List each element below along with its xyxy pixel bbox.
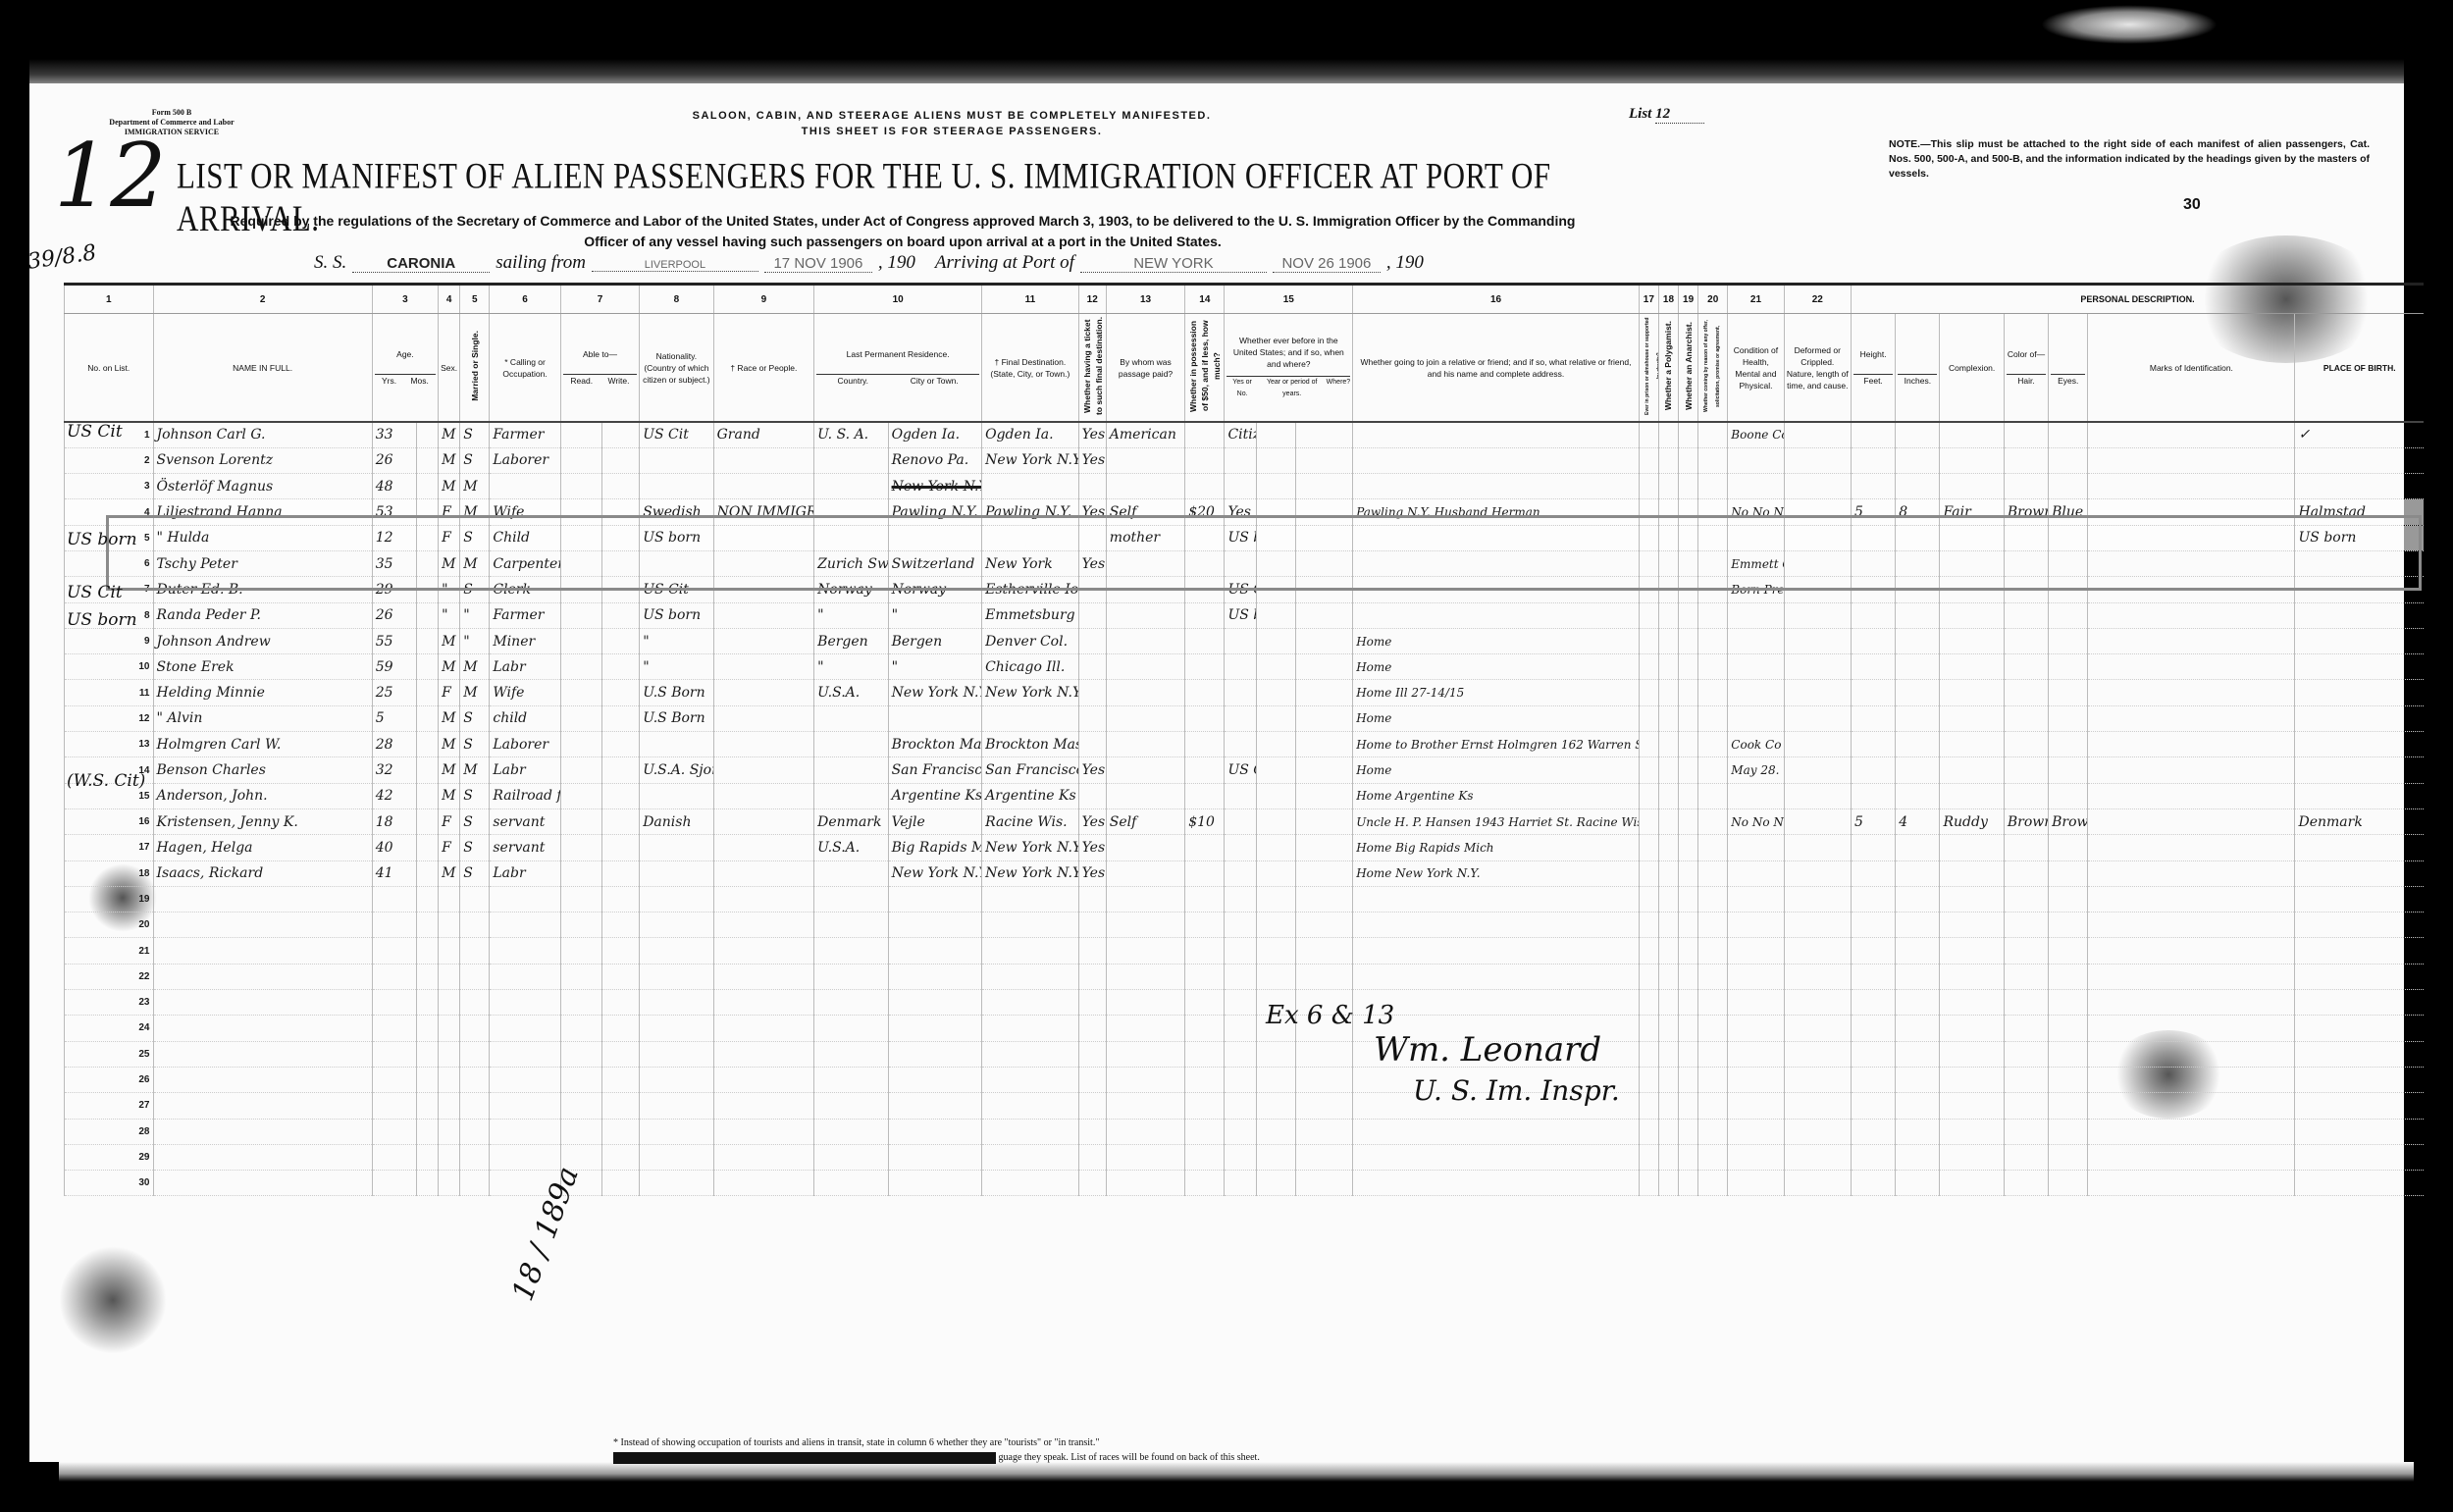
cell-complexion [1940, 964, 2004, 989]
cell-before [1225, 886, 1256, 912]
table-row[interactable]: 25 [65, 1041, 2425, 1067]
cell-read [560, 628, 601, 653]
cell-city [888, 1171, 982, 1196]
cell-destination: Ogden Ia. [982, 422, 1079, 447]
cell-passage [1106, 1093, 1184, 1119]
cell-race: Grand [713, 422, 814, 447]
cell-ms: M [460, 654, 490, 680]
cell-ticket: Yes [1078, 835, 1106, 860]
cell-birth [2295, 886, 2424, 912]
cell-country: U.S.A. [814, 835, 888, 860]
cell-race [713, 808, 814, 834]
cell-passage: Self [1106, 499, 1184, 525]
cell-deformed [1784, 705, 1851, 731]
table-row[interactable]: 23 [65, 990, 2425, 1016]
cell-passage [1106, 886, 1184, 912]
table-row[interactable]: 2Svenson Lorentz26MSLaborerRenovo Pa.New… [65, 447, 2425, 473]
cell-poly [1658, 654, 1678, 680]
cell-p [1639, 654, 1658, 680]
cell-birth: Halmstad [2295, 499, 2424, 525]
cell-write [601, 628, 639, 653]
table-row[interactable]: 24 [65, 1016, 2425, 1041]
cell-destination [982, 1093, 1079, 1119]
cell-contract [1698, 654, 1728, 680]
cell-before: US born [1225, 525, 1256, 550]
cell-destination [982, 1041, 1079, 1067]
cell-eyes [2049, 757, 2088, 783]
cell-contract [1698, 1093, 1728, 1119]
cell-hair [2004, 525, 2048, 550]
cell-write [601, 705, 639, 731]
cell-read [560, 783, 601, 808]
cell-write [601, 474, 639, 499]
cell-city: New York N.Y. [888, 680, 982, 705]
col-num: 8 [640, 285, 713, 314]
cell-sex [439, 1093, 460, 1119]
table-row[interactable]: 11Helding Minnie25FMWifeU.S BornU.S.A.Ne… [65, 680, 2425, 705]
cell-poly [1658, 628, 1678, 653]
cell-occupation: Wife [490, 499, 560, 525]
cell-nationality: U.S.A. Sjoman [640, 757, 713, 783]
cell-marks [2088, 1093, 2295, 1119]
cell-ms: M [460, 499, 490, 525]
cell-city [888, 912, 982, 938]
cell-mos [416, 1144, 438, 1170]
cell-sex: " [439, 577, 460, 602]
cell-occupation [490, 990, 560, 1016]
cell-p [1639, 964, 1658, 989]
cell-hair [2004, 705, 2048, 731]
cell-birth [2295, 1067, 2424, 1092]
header-before-in-us: Whether ever before in the United States… [1225, 314, 1353, 423]
cell-p [1639, 577, 1658, 602]
cell-extra [1728, 886, 1784, 912]
cell-hair [2004, 1171, 2048, 1196]
cell-joining [1353, 938, 1640, 964]
cell-money [1185, 1144, 1225, 1170]
cell-height-in [1896, 964, 1940, 989]
arriving-label: Arriving at Port of [935, 252, 1074, 274]
cell-passage [1106, 1067, 1184, 1092]
cell-before [1225, 808, 1256, 834]
cell-race [713, 860, 814, 886]
cell-ms: S [460, 860, 490, 886]
cell-country [814, 1171, 888, 1196]
cell-where [1295, 680, 1352, 705]
cell-hair [2004, 1067, 2048, 1092]
table-row[interactable]: 15Anderson, John.42MSRailroad foremanArg… [65, 783, 2425, 808]
cell-poly [1658, 680, 1678, 705]
table-row[interactable]: 19 [65, 886, 2425, 912]
header-where: Where? [1327, 377, 1351, 400]
table-row[interactable]: 22 [65, 964, 2425, 989]
cell-before [1225, 550, 1256, 576]
form-number: Form 500 B [98, 108, 245, 118]
cell-yr [1256, 602, 1295, 628]
table-row[interactable]: 21 [65, 938, 2425, 964]
cell-eyes [2049, 835, 2088, 860]
cell-contract [1698, 680, 1728, 705]
cell-occupation: Child [490, 525, 560, 550]
table-row[interactable]: 16Kristensen, Jenny K.18FSservantDanishD… [65, 808, 2425, 834]
cell-city: " [888, 602, 982, 628]
cell-yr [1256, 525, 1295, 550]
cell-read [560, 912, 601, 938]
cell-nationality [640, 860, 713, 886]
cell-occupation [490, 912, 560, 938]
cell-no: 24 [65, 1016, 154, 1041]
cell-money [1185, 680, 1225, 705]
cell-mos [416, 783, 438, 808]
cell-p [1639, 1016, 1658, 1041]
cell-complexion [1940, 1119, 2004, 1144]
col-num: 16 [1353, 285, 1640, 314]
table-row[interactable]: 6Tschy Peter35MMCarpenterZurich Switzerl… [65, 550, 2425, 576]
cell-poly [1658, 577, 1678, 602]
cell-race [713, 447, 814, 473]
cell-nationality: U.S Born [640, 705, 713, 731]
cell-passage [1106, 1016, 1184, 1041]
cell-height-ft [1851, 912, 1895, 938]
table-row[interactable]: 5" Hulda12FSChildUS bornmotherUS bornUS … [65, 525, 2425, 550]
cell-city: Big Rapids Mich [888, 835, 982, 860]
cell-sex [439, 1119, 460, 1144]
cell-mos [416, 860, 438, 886]
cell-before [1225, 1171, 1256, 1196]
cell-destination [982, 938, 1079, 964]
cell-marks [2088, 1067, 2295, 1092]
cell-marks [2088, 1041, 2295, 1067]
cell-height-in [1896, 1119, 1940, 1144]
cell-contract [1698, 1119, 1728, 1144]
cell-mos [416, 1016, 438, 1041]
cell-poly [1658, 602, 1678, 628]
cell-height-in [1896, 912, 1940, 938]
table-row[interactable]: 10Stone Erek59MMLabr"""Chicago Ill.Home [65, 654, 2425, 680]
exhibit-note: Ex 6 & 13 [1266, 1001, 1394, 1030]
cell-age: 55 [372, 628, 416, 653]
cell-height-ft [1851, 654, 1895, 680]
cell-race [713, 1093, 814, 1119]
cell-country: Norway [814, 577, 888, 602]
cell-complexion [1940, 680, 2004, 705]
cell-eyes [2049, 1119, 2088, 1144]
header-no-on-list: No. on List. [65, 314, 154, 423]
cell-ms: S [460, 447, 490, 473]
header-city: City or Town. [911, 375, 959, 387]
table-row[interactable]: 26 [65, 1067, 2425, 1092]
cell-hair [2004, 1041, 2048, 1067]
cell-deformed [1784, 732, 1851, 757]
table-row[interactable]: 30 [65, 1171, 2425, 1196]
cell-money: $20 [1185, 499, 1225, 525]
cell-extra: Born Preston Ill. May 5.1880. Sworn to [1728, 577, 1784, 602]
table-row[interactable]: 17Hagen, Helga40FSservantU.S.A.Big Rapid… [65, 835, 2425, 860]
cell-poly [1658, 550, 1678, 576]
cell-city: Argentine Ks [888, 783, 982, 808]
cell-poly [1658, 525, 1678, 550]
departure-port: LIVERPOOL [592, 259, 758, 272]
cell-nationality [640, 550, 713, 576]
cell-name: Randa Peder P. [153, 602, 372, 628]
cell-where [1295, 1093, 1352, 1119]
table-row[interactable]: 12" Alvin5MSchildU.S BornHome [65, 705, 2425, 731]
cell-country: Zurich Switzerland [814, 550, 888, 576]
cell-passage [1106, 732, 1184, 757]
cell-joining: Home Big Rapids Mich [1353, 835, 1640, 860]
cell-destination: New York N.Y. [982, 447, 1079, 473]
cell-sex: M [439, 447, 460, 473]
cell-write [601, 422, 639, 447]
cell-eyes [2049, 783, 2088, 808]
cell-age: 41 [372, 860, 416, 886]
voyage-details: S. S. CARONIA sailing from LIVERPOOL 17 … [314, 252, 1766, 274]
cell-where [1295, 808, 1352, 834]
cell-age: 59 [372, 654, 416, 680]
cell-money [1185, 990, 1225, 1016]
cell-sex: M [439, 474, 460, 499]
table-row[interactable]: 1Johnson Carl G.33MSFarmerUS CitGrandU. … [65, 422, 2425, 447]
cell-mos [416, 1067, 438, 1092]
cell-read [560, 1119, 601, 1144]
cell-anar [1679, 550, 1698, 576]
cell-city [888, 1016, 982, 1041]
cell-sex: M [439, 732, 460, 757]
cell-write [601, 525, 639, 550]
cell-name [153, 1119, 372, 1144]
cell-height-in [1896, 1067, 1940, 1092]
cell-deformed [1784, 1144, 1851, 1170]
cell-p [1639, 602, 1658, 628]
cell-height-ft [1851, 835, 1895, 860]
col-num: 20 [1698, 285, 1728, 314]
cell-extra [1728, 1016, 1784, 1041]
cell-yr [1256, 705, 1295, 731]
cell-sex: F [439, 680, 460, 705]
col-num: 5 [460, 285, 490, 314]
cell-marks [2088, 705, 2295, 731]
cell-eyes [2049, 525, 2088, 550]
cell-extra: Boone Co Ct Ia, Sep 28.00 [1728, 422, 1784, 447]
table-row[interactable]: 9Johnson Andrew55M"Miner"BergenBergenDen… [65, 628, 2425, 653]
cell-height-in [1896, 732, 1940, 757]
cell-hair [2004, 860, 2048, 886]
cell-money [1185, 835, 1225, 860]
table-row[interactable]: 29 [65, 1144, 2425, 1170]
cell-passage [1106, 835, 1184, 860]
cell-p [1639, 1171, 1658, 1196]
cell-no: 18 [65, 860, 154, 886]
col-num: 4 [439, 285, 460, 314]
table-row[interactable]: 14Benson Charles32MMLabrU.S.A. SjomanSan… [65, 757, 2425, 783]
cell-joining: Home to Brother Ernst Holmgren 162 Warre… [1353, 732, 1640, 757]
cell-ticket [1078, 783, 1106, 808]
cell-height-ft [1851, 705, 1895, 731]
cell-passage: Self [1106, 808, 1184, 834]
table-row[interactable]: 3Österlöf Magnus48MMNew York N.Y. [65, 474, 2425, 499]
cell-p [1639, 1144, 1658, 1170]
table-row[interactable]: 18Isaacs, Rickard41MSLabrNew York N.Y.Ne… [65, 860, 2425, 886]
cell-contract [1698, 422, 1728, 447]
cell-p [1639, 938, 1658, 964]
cell-anar [1679, 732, 1698, 757]
cell-p [1639, 860, 1658, 886]
cell-race [713, 757, 814, 783]
cell-poly [1658, 1093, 1678, 1119]
cell-height-in [1896, 628, 1940, 653]
table-row[interactable]: 20 [65, 912, 2425, 938]
cell-hair [2004, 577, 2048, 602]
cell-race [713, 990, 814, 1016]
cell-sex [439, 1144, 460, 1170]
cell-joining [1353, 1171, 1640, 1196]
col-num: 19 [1679, 285, 1698, 314]
cell-name: Duter Ed. B. [153, 577, 372, 602]
table-row[interactable]: 13Holmgren Carl W.28MSLaborerBrockton Ma… [65, 732, 2425, 757]
sheet-bottom-edge [59, 1462, 2414, 1482]
cell-eyes [2049, 628, 2088, 653]
cell-passage [1106, 860, 1184, 886]
cell-complexion [1940, 525, 2004, 550]
cell-race [713, 938, 814, 964]
cell-nationality: US Cit [640, 422, 713, 447]
cell-contract [1698, 860, 1728, 886]
cell-height-ft [1851, 1119, 1895, 1144]
cell-yr [1256, 912, 1295, 938]
cell-city: Bergen [888, 628, 982, 653]
cell-poly [1658, 808, 1678, 834]
cell-city: " [888, 654, 982, 680]
cell-ticket [1078, 1016, 1106, 1041]
cell-read [560, 1016, 601, 1041]
cell-city [888, 886, 982, 912]
cell-where [1295, 886, 1352, 912]
cell-nationality [640, 990, 713, 1016]
cell-mos [416, 525, 438, 550]
header-able-to: Able to—Read.Write. [560, 314, 639, 423]
cell-race [713, 525, 814, 550]
cell-read [560, 474, 601, 499]
header-complexion: Complexion. [1940, 314, 2004, 423]
cell-marks [2088, 912, 2295, 938]
cell-extra: May 28. 1899 [1728, 757, 1784, 783]
col-num: 22 [1784, 285, 1851, 314]
cell-race [713, 1171, 814, 1196]
cell-deformed [1784, 912, 1851, 938]
table-row[interactable]: 8Randa Peder P.26""FarmerUS born""Emmets… [65, 602, 2425, 628]
cell-age [372, 964, 416, 989]
cell-race [713, 1041, 814, 1067]
cell-destination: New York [982, 550, 1079, 576]
cell-read [560, 886, 601, 912]
cell-where [1295, 499, 1352, 525]
cell-no: 6 [65, 550, 154, 576]
cell-birth [2295, 1171, 2424, 1196]
cell-extra [1728, 783, 1784, 808]
cell-ms: M [460, 680, 490, 705]
table-row[interactable]: 4Liljestrand Hanna53FMWifeSwedishNON IMM… [65, 499, 2425, 525]
cell-ms: " [460, 602, 490, 628]
cell-joining: Home [1353, 654, 1640, 680]
cell-joining: Home [1353, 705, 1640, 731]
cell-read [560, 990, 601, 1016]
cell-name: Johnson Carl G. [153, 422, 372, 447]
cell-marks [2088, 886, 2295, 912]
cell-write [601, 1119, 639, 1144]
cell-hair [2004, 628, 2048, 653]
cell-occupation [490, 1119, 560, 1144]
cell-money: $10 [1185, 808, 1225, 834]
cell-mos [416, 886, 438, 912]
cell-poly [1658, 1016, 1678, 1041]
cell-money [1185, 1171, 1225, 1196]
slip-number: 30 [2183, 196, 2201, 214]
cell-occupation: servant [490, 835, 560, 860]
cell-marks [2088, 757, 2295, 783]
cell-joining [1353, 602, 1640, 628]
cell-occupation [490, 1016, 560, 1041]
cell-country [814, 783, 888, 808]
cell-nationality [640, 1093, 713, 1119]
cell-complexion [1940, 732, 2004, 757]
cell-money [1185, 422, 1225, 447]
cell-no: 20 [65, 912, 154, 938]
cell-ms [460, 964, 490, 989]
cell-yr [1256, 1171, 1295, 1196]
cell-deformed [1784, 783, 1851, 808]
cell-hair [2004, 680, 2048, 705]
cell-city [888, 964, 982, 989]
cell-eyes [2049, 602, 2088, 628]
cell-deformed [1784, 964, 1851, 989]
cell-occupation: Farmer [490, 422, 560, 447]
cell-nationality [640, 1119, 713, 1144]
table-row[interactable]: 28 [65, 1119, 2425, 1144]
cell-money [1185, 1093, 1225, 1119]
header-write: Write. [607, 375, 629, 387]
cell-poly [1658, 964, 1678, 989]
cell-anar [1679, 1067, 1698, 1092]
cell-mos [416, 1041, 438, 1067]
cell-anar [1679, 680, 1698, 705]
table-row[interactable]: 27 [65, 1093, 2425, 1119]
table-row[interactable]: 7Duter Ed. B.29"SClerkUS CitNorwayNorway… [65, 577, 2425, 602]
cell-money [1185, 912, 1225, 938]
cell-p [1639, 550, 1658, 576]
cell-yr [1256, 757, 1295, 783]
header-passage-paid: By whom was passage paid? [1106, 314, 1184, 423]
ink-stain [59, 1246, 167, 1354]
cell-sex [439, 1041, 460, 1067]
cell-where [1295, 1119, 1352, 1144]
cell-contract [1698, 474, 1728, 499]
redaction-bar [613, 1452, 996, 1464]
cell-age [372, 912, 416, 938]
cell-city [888, 1144, 982, 1170]
cell-eyes [2049, 912, 2088, 938]
cell-anar [1679, 654, 1698, 680]
passenger-manifest-table: 1 2 3 4 5 6 7 8 9 10 11 12 13 14 15 16 1… [64, 283, 2424, 1196]
cell-country [814, 1016, 888, 1041]
cell-complexion [1940, 422, 2004, 447]
cell-birth [2295, 705, 2424, 731]
cell-nationality [640, 964, 713, 989]
cell-p [1639, 499, 1658, 525]
cell-complexion [1940, 886, 2004, 912]
cell-height-ft [1851, 447, 1895, 473]
cell-read [560, 860, 601, 886]
header-prison: Ever in prison or almshouse or supported… [1639, 314, 1658, 423]
